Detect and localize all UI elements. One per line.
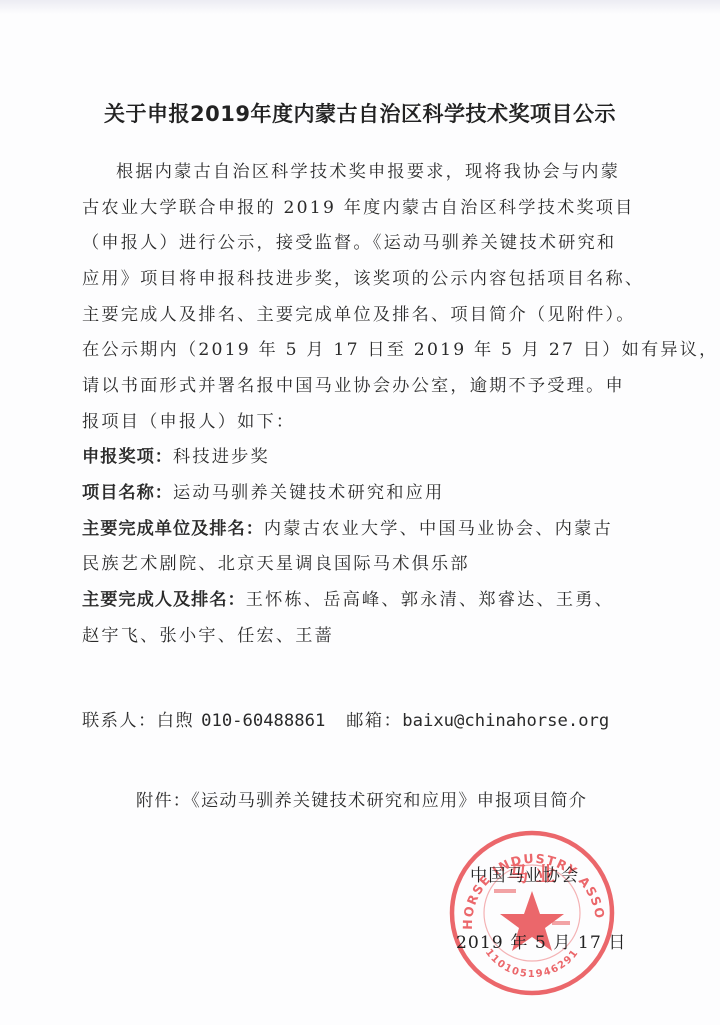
body-line: 报项目（申报人）如下：: [82, 411, 642, 433]
body-line: 主要完成人及排名、主要完成单位及排名、项目简介（见附件）。: [82, 304, 642, 326]
field-value: 内蒙古农业大学、中国马业协会、内蒙古: [264, 519, 613, 539]
signature-date: 2019 年 5 月 17 日: [456, 928, 626, 953]
field-label: 主要完成单位及排名：: [82, 519, 264, 539]
field-units-continued: 民族艺术剧院、北京天星调良国际马术俱乐部: [82, 553, 642, 575]
field-value: 科技进步奖: [173, 447, 270, 467]
email-label: 邮箱：: [346, 711, 402, 731]
body-line: 应用》项目将申报科技进步奖，该奖项的公示内容包括项目名称、: [82, 268, 642, 290]
contact-email: baixu@chinahorse.org: [402, 711, 609, 731]
field-value: 运动马驯养关键技术研究和应用: [173, 483, 444, 503]
attachment-note: 附件：《运动马驯养关键技术研究和应用》申报项目简介: [136, 790, 696, 812]
body-line: 古农业大学联合申报的 2019 年度内蒙古自治区科学技术奖项目: [82, 197, 642, 219]
contact-phone: 010-60488861: [201, 711, 325, 731]
contact-person: 白煦: [157, 711, 194, 731]
contact-line: 联系人：白煦 010-60488861 邮箱：baixu@chinahorse.…: [82, 710, 642, 732]
field-persons-continued: 赵宇飞、张小宇、任宏、王蔷: [82, 625, 642, 647]
official-seal-icon: CHINA HORSE INDUSTRY ASSOCIATION 1101051…: [448, 829, 616, 997]
body-line: 请以书面形式并署名报中国马业协会办公室，逾期不予受理。申: [82, 375, 642, 397]
signature-organization: 中国马业协会: [470, 861, 579, 886]
document-title: 关于申报2019年度内蒙古自治区科学技术奖项目公示: [0, 98, 720, 128]
page-scan-shade: [0, 0, 720, 14]
field-award-type: 申报奖项：科技进步奖: [82, 446, 642, 468]
field-value: 王怀栋、岳高峰、郭永清、郑睿达、王勇、: [246, 590, 614, 610]
field-units: 主要完成单位及排名：内蒙古农业大学、中国马业协会、内蒙古: [82, 518, 642, 540]
body-line: 根据内蒙古自治区科学技术奖申报要求，现将我协会与内蒙: [82, 161, 642, 183]
body-line: 在公示期内（2019 年 5 月 17 日至 2019 年 5 月 27 日）如…: [82, 339, 642, 361]
field-label: 主要完成人及排名：: [82, 590, 246, 610]
field-persons: 主要完成人及排名：王怀栋、岳高峰、郭永清、郑睿达、王勇、: [82, 589, 642, 611]
field-label: 申报奖项：: [82, 447, 173, 467]
body-line: （申报人）进行公示，接受监督。《运动马驯养关键技术研究和: [82, 232, 642, 254]
field-project-name: 项目名称：运动马驯养关键技术研究和应用: [82, 482, 642, 504]
field-label: 项目名称：: [82, 483, 173, 503]
contact-person-label: 联系人：: [82, 711, 157, 731]
